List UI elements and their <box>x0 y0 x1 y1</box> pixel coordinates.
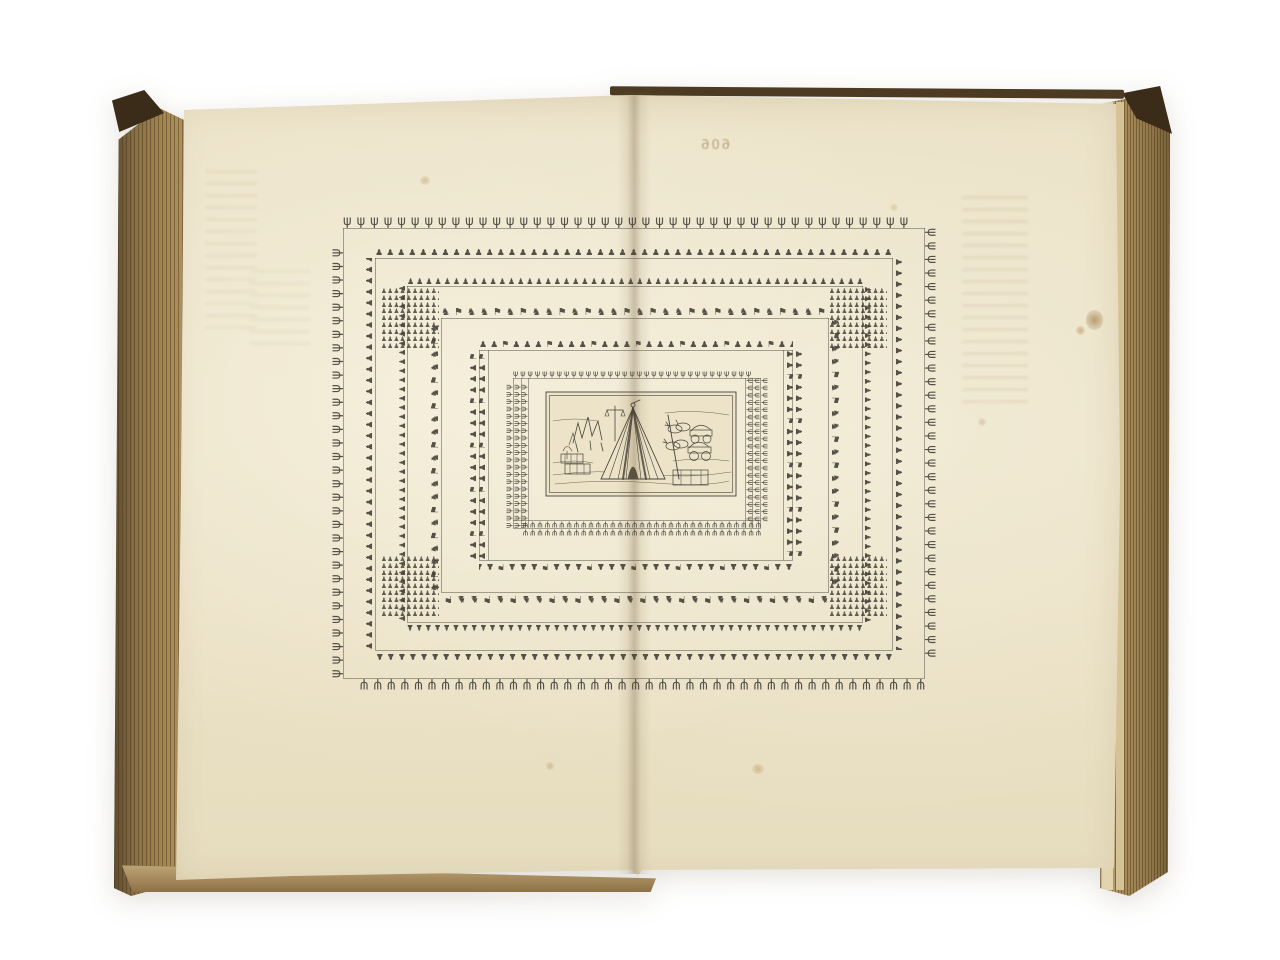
foxing-spot <box>1086 310 1103 330</box>
gutter-crease <box>617 92 651 874</box>
cavalry-with-pennant-flags-right-0: ♞⚑♞♞⚑♞⚑♞♞⚑♞⚑♞♞⚑♞⚑♞♞⚑♞⚑♞♞⚑ <box>828 318 839 592</box>
foxing-spot <box>546 762 554 770</box>
dense-infantry-corner-0: ♟♟♟♟♟♟♟♟♟♟ ♟♟♟♟♟♟♟♟♟♟ ♟♟♟♟♟♟♟♟♟♟ ♟♟♟♟♟♟♟… <box>381 288 439 350</box>
foxing-spot <box>752 764 764 774</box>
cavalry-with-pennant-flags-left-0: ♞⚑♞♞⚑♞⚑♞♞⚑♞⚑♞♞⚑♞⚑♞♞⚑♞⚑♞♞⚑ <box>431 318 442 592</box>
infantry-with-banners-right-1: ♟♟⚑♟♟♟⚑♟♟♟⚑♟♟♟⚑♟♟♟⚑♟♟♟⚑ <box>783 350 793 560</box>
inner-pikemen-fringe-right-2: ψψψψψψψψψψψψψψψψψψψψ <box>745 378 754 528</box>
inner-pikemen-fringe-right-0: ψψψψψψψψψψψψψψψψψψψψ <box>760 378 769 528</box>
infantry-with-banners-left-1: ♟♟⚑♟♟♟⚑♟♟♟⚑♟♟♟⚑♟♟♟⚑♟♟♟⚑ <box>479 350 489 560</box>
show-through-text-right-margin <box>962 196 1028 408</box>
folio-number-show-through: 606 <box>690 138 730 156</box>
dense-infantry-corner-1: ♟♟♟♟♟♟♟♟♟♟ ♟♟♟♟♟♟♟♟♟♟ ♟♟♟♟♟♟♟♟♟♟ ♟♟♟♟♟♟♟… <box>829 288 887 350</box>
foxing-spot <box>978 418 986 426</box>
inner-pikemen-fringe-left-2: ψψψψψψψψψψψψψψψψψψψψ <box>520 378 529 528</box>
show-through-text-left-inner <box>250 270 310 352</box>
foxing-spot <box>1076 326 1085 335</box>
outer-pikemen-trident-halberds-left-0: ψψψψψψψψψψψψψψψψψψψψψψψψψψψψψψψψ <box>330 228 344 678</box>
dense-infantry-corner-3: ♟♟♟♟♟♟♟♟♟♟ ♟♟♟♟♟♟♟♟♟♟ ♟♟♟♟♟♟♟♟♟♟ ♟♟♟♟♟♟♟… <box>829 556 887 618</box>
foxing-spot <box>420 176 430 185</box>
outer-pikemen-trident-halberds-right-0: ψψψψψψψψψψψψψψψψψψψψψψψψψψψψψψψψ <box>924 228 938 678</box>
infantry-with-banners-right-0: ♟♟⚑♟♟♟⚑♟♟♟⚑♟♟♟⚑♟♟♟⚑♟♟♟⚑ <box>792 350 802 560</box>
open-book: 606 <box>112 84 1172 906</box>
armored-infantry-rank-right-0: ♟♟♟♟♟♟♟♟♟♟♟♟♟♟♟♟♟♟♟♟♟♟♟♟♟♟♟♟♟♟♟♟♟♟♟♟♟♟♟♟… <box>892 258 902 650</box>
dense-infantry-corner-2: ♟♟♟♟♟♟♟♟♟♟ ♟♟♟♟♟♟♟♟♟♟ ♟♟♟♟♟♟♟♟♟♟ ♟♟♟♟♟♟♟… <box>381 556 439 618</box>
photo-backdrop: 606 <box>0 0 1280 960</box>
armored-infantry-rank-left-0: ♟♟♟♟♟♟♟♟♟♟♟♟♟♟♟♟♟♟♟♟♟♟♟♟♟♟♟♟♟♟♟♟♟♟♟♟♟♟♟♟… <box>366 258 376 650</box>
